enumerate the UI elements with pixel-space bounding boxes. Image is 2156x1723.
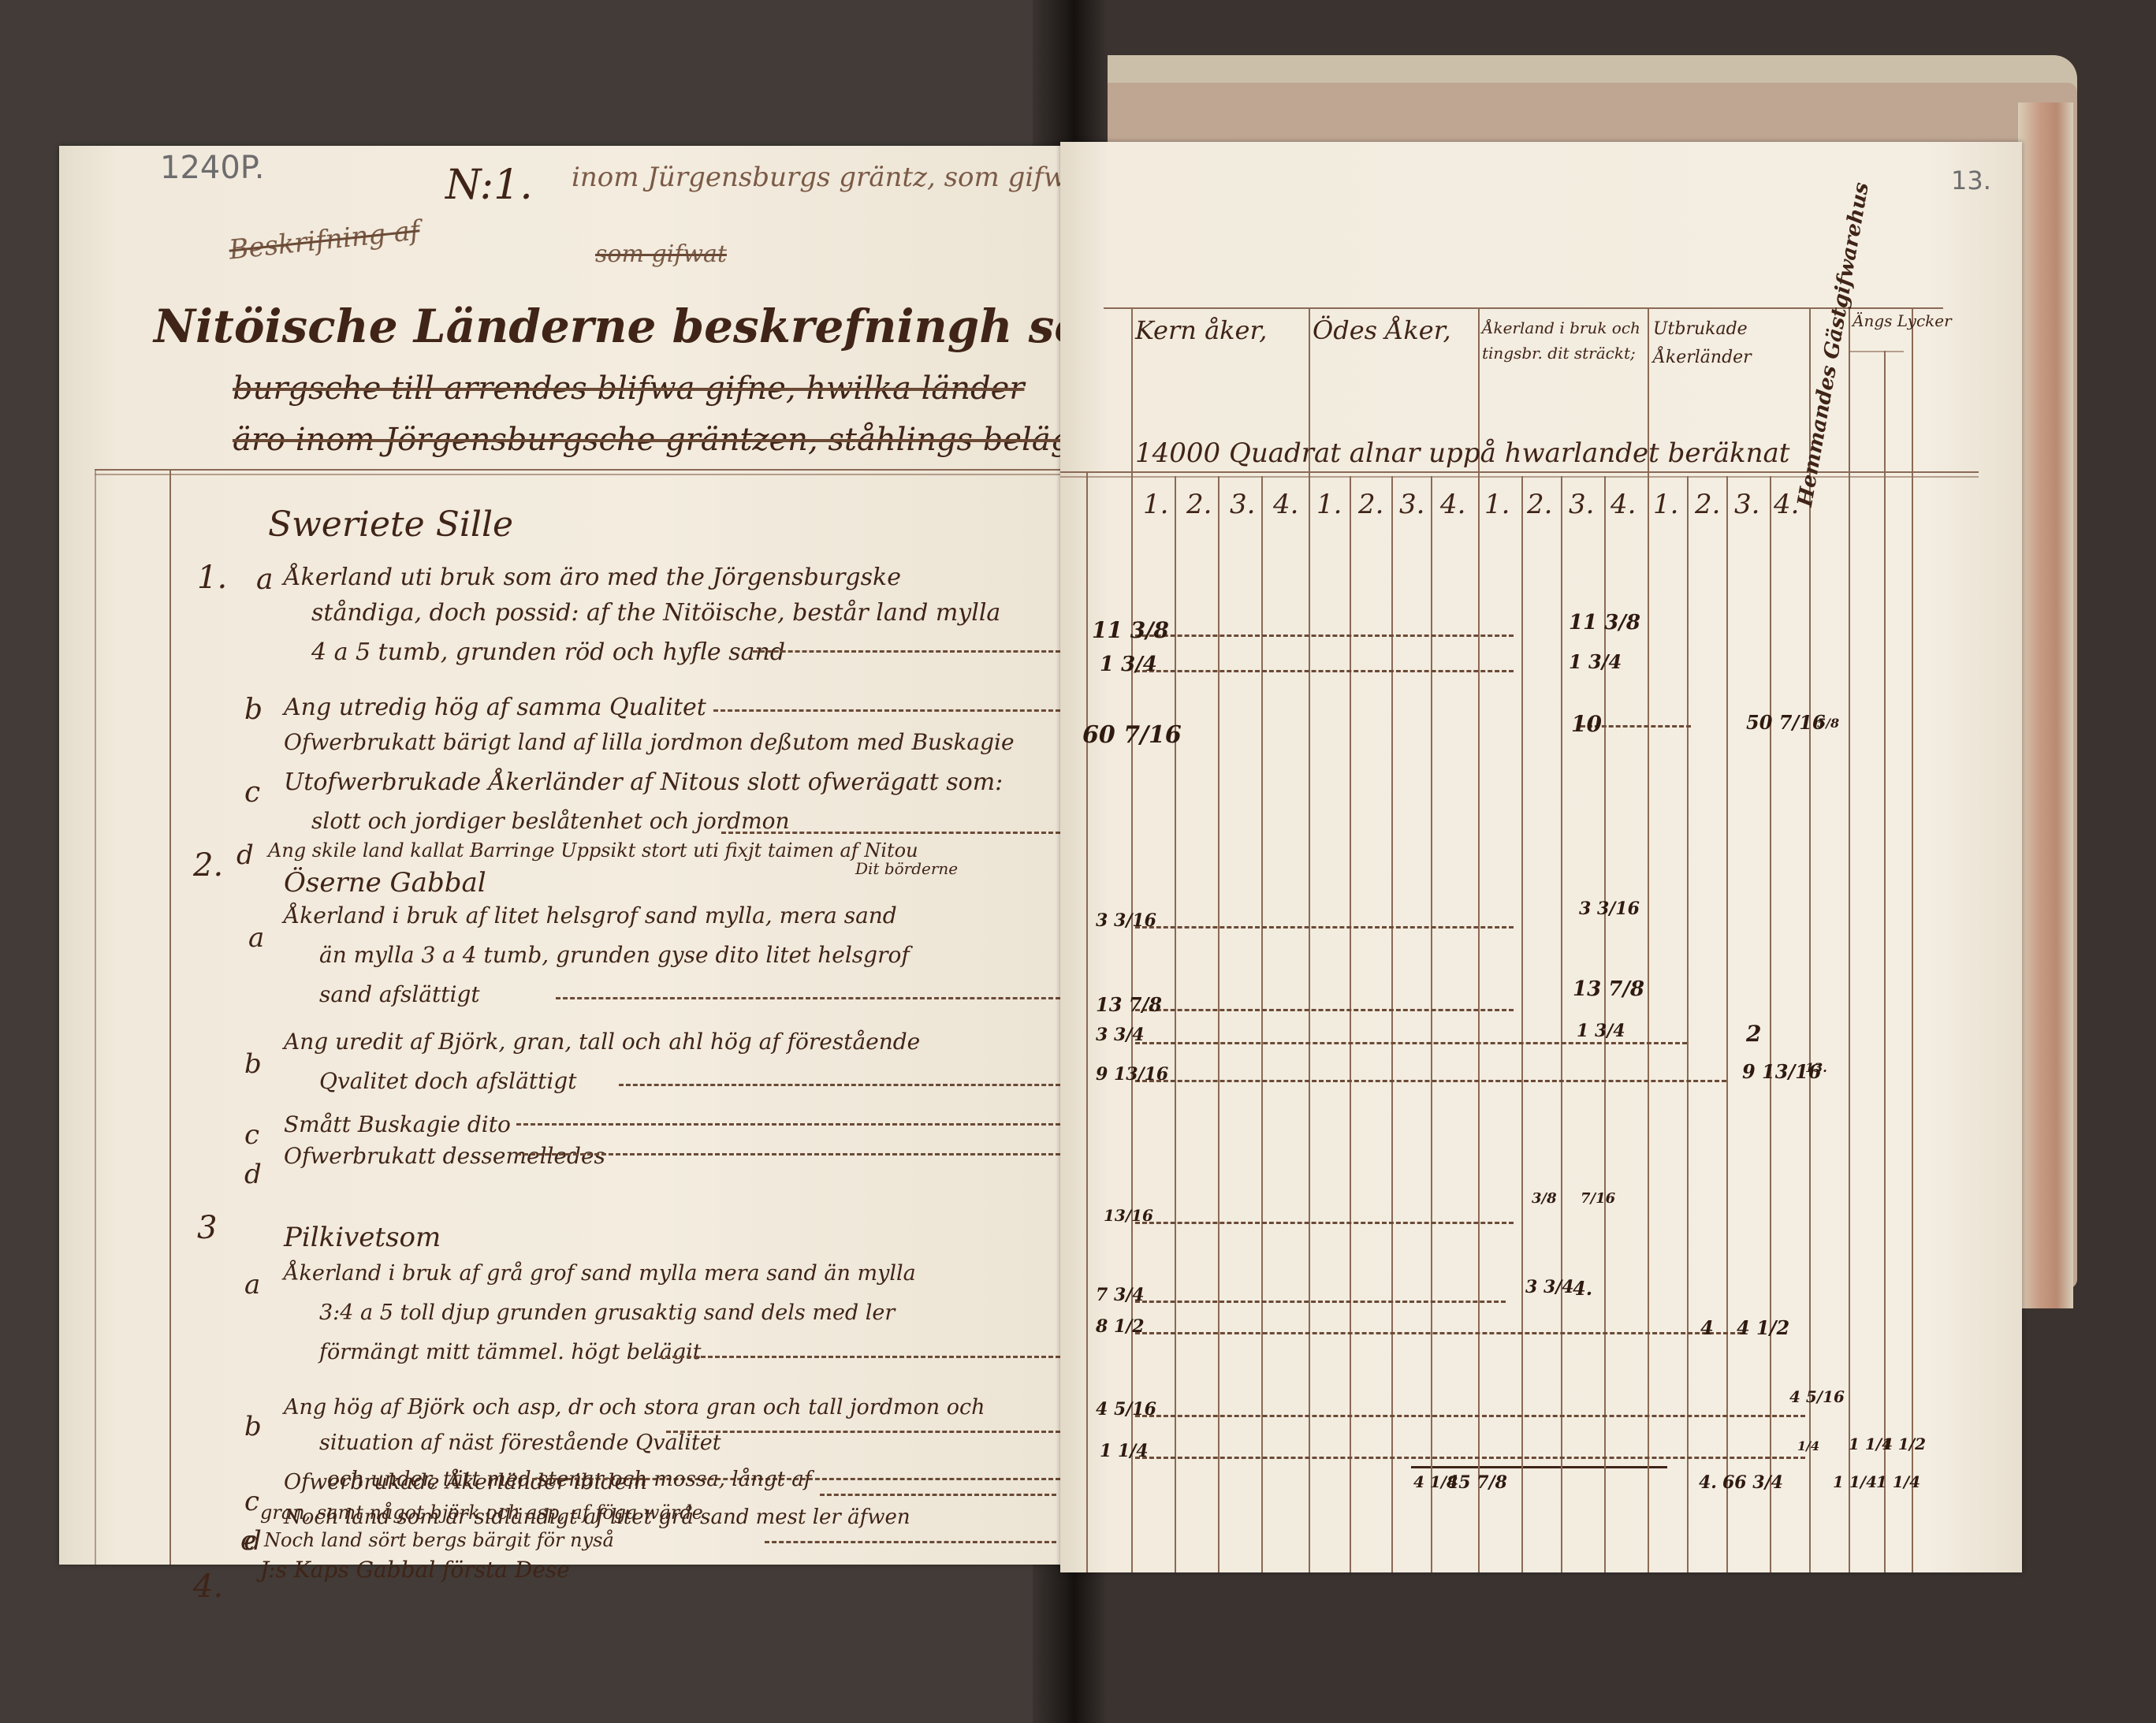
entry-letter: b	[244, 694, 263, 726]
row-leader	[1135, 1042, 1687, 1044]
entry-letter: a	[244, 1269, 260, 1301]
column-number: 1.	[1484, 489, 1510, 520]
row-number: 4.	[193, 1569, 223, 1605]
col-rule	[1431, 476, 1432, 1572]
row-total: 11 3/8	[1092, 617, 1169, 643]
header-angs-lycker: Ängs Lycker	[1853, 311, 1952, 330]
row-total: 60 7/16	[1082, 721, 1182, 749]
entry-letter: d	[236, 839, 254, 871]
row-leader	[1135, 1222, 1514, 1224]
cell-value: 1 3/4	[1569, 650, 1622, 673]
column-number: 4.	[1273, 489, 1298, 520]
leader-dots	[556, 997, 1060, 999]
entry-line: Ang hög af Björk och asp, dr och stora g…	[284, 1395, 985, 1420]
subheader-quadrat: 14000 Quadrat alnar uppå hwarlandet berä…	[1135, 437, 1789, 469]
leader-dots	[820, 1494, 1056, 1496]
column-number: 2.	[1358, 489, 1383, 520]
col-rule	[1648, 307, 1649, 1572]
col-rule	[1521, 476, 1523, 1572]
col-rule	[1261, 476, 1263, 1572]
row-leader	[1135, 670, 1514, 672]
col-rule	[1849, 307, 1850, 1572]
row-leader	[1135, 1301, 1506, 1303]
subheader-rule	[1060, 471, 1979, 473]
header-utbrukade: Utbrukade Åkerländer	[1653, 315, 1807, 372]
leader-dots	[619, 1084, 1060, 1086]
leader-dots	[666, 1431, 1060, 1433]
cell-value: 3 3/4	[1525, 1277, 1574, 1297]
row-leader	[1135, 1080, 1726, 1082]
entry-line: Dit börderne	[855, 859, 958, 878]
entry-letter: a	[248, 922, 264, 954]
entry-line: Ofwerbrukatt dessemelledes	[284, 1143, 605, 1169]
cell-value: 7/16	[1581, 1190, 1615, 1207]
col-rule	[1884, 351, 1886, 1572]
total-value: 1 1/4	[1876, 1472, 1920, 1491]
table-top-rule	[1104, 307, 1943, 309]
row-total: 3 3/16	[1096, 910, 1156, 931]
entry-line: 4 a 5 tumb, grunden röd och hyfle sand	[311, 638, 785, 666]
entry-line: Åkerland uti bruk som äro med the Jörgen…	[284, 564, 901, 591]
col-rule	[1770, 476, 1771, 1572]
entry-line: situation af näst förestående Qvalitet	[319, 1431, 721, 1455]
column-number: 3.	[1399, 489, 1424, 520]
column-number: 2.	[1527, 489, 1552, 520]
total-value: 1 1/4	[1833, 1472, 1877, 1491]
cell-value: 11 3/8	[1569, 611, 1640, 634]
cell-value: 2	[1746, 1021, 1761, 1047]
entry-line: Smått Buskagie dito	[284, 1111, 511, 1137]
entry-line: sand afslättigt	[319, 981, 480, 1007]
repair-tape-edge	[2018, 102, 2073, 1308]
column-number: 3.	[1569, 489, 1594, 520]
column-number: 4.	[1610, 489, 1636, 520]
entry-letter: a	[256, 564, 273, 596]
column-number: 1.	[1143, 489, 1168, 520]
left-page: 1240P. N:1. inom Jürgensburgs gräntz, so…	[59, 146, 1060, 1565]
total-value: 45 7/8	[1447, 1472, 1507, 1493]
entry-letter: e	[240, 1525, 256, 1557]
entry-line: Ang skile land kallat Barringe Uppsikt s…	[268, 839, 918, 861]
col-rule	[1478, 307, 1480, 1572]
cell-value: 4 1/2	[1737, 1316, 1789, 1339]
row-total: 8 1/2	[1096, 1316, 1145, 1337]
header-kern-aker: Kern åker,	[1135, 315, 1267, 345]
entry-line: Utofwerbrukade Åkerländer af Nitous slot…	[284, 768, 1003, 796]
entry-line: Ofwerbrukatt bärigt land af lilla jordmo…	[284, 729, 1015, 755]
column-number: 1.	[1316, 489, 1342, 520]
entry-line: gran, samt något björk och asp, af föga …	[260, 1502, 703, 1524]
entry-line: och under, tätt med stenar och mossa, lå…	[327, 1468, 811, 1491]
right-page: 13. Kern åker, Ödes Åker, Åkerland i bru…	[1060, 142, 2022, 1572]
cell-value: 4.	[1573, 1277, 1592, 1300]
section-heading: Öserne Gabbal	[284, 867, 486, 899]
entry-line: än mylla 3 a 4 tumb, grunden gyse dito l…	[319, 942, 910, 968]
leader-dots	[753, 650, 1060, 653]
column-number: 2.	[1695, 489, 1720, 520]
cell-value: 1 1/2	[1882, 1435, 1926, 1453]
col-rule	[1309, 307, 1310, 1572]
entry-line: Ang utredig hög af samma Qualitet	[284, 694, 706, 721]
margin-rule	[169, 469, 171, 1565]
entry-line: slott och jordiger beslåtenhet och jordm…	[311, 808, 790, 834]
row-total: 1 3/4	[1100, 653, 1157, 676]
cell-value: 1 3/4	[1577, 1021, 1625, 1041]
entry-line: förmängt mitt tämmel. högt belägit	[319, 1340, 702, 1364]
title-line-3: äro inom Jörgensburgsche gräntzen, ståhl…	[233, 422, 1119, 458]
leader-dots	[713, 709, 1060, 712]
cell-value: 4 5/16	[1789, 1387, 1845, 1406]
page-number: 13.	[1951, 166, 1991, 195]
cell-value: 1/4	[1797, 1438, 1819, 1453]
row-number: 3	[197, 1210, 217, 1246]
entry-line: Åkerland i bruk af grå grof sand mylla m…	[284, 1261, 916, 1286]
total-value: 4.	[1699, 1472, 1717, 1493]
margin-note: Beskrifning af	[228, 214, 422, 266]
row-leader	[1135, 926, 1514, 928]
header-rule-double	[95, 474, 1060, 475]
section-heading: J:s Kaps Gabbal första Dese	[260, 1557, 570, 1583]
struck-note: som gifwat	[595, 240, 727, 268]
column-number: 3.	[1734, 489, 1759, 520]
entry-letter: c	[244, 1486, 259, 1517]
col-rule	[1218, 476, 1219, 1572]
leader-dots	[658, 1356, 1060, 1358]
insertion-note: inom Jürgensburgs gräntz, som gifwat	[572, 162, 1093, 193]
archive-number: 1240P.	[160, 150, 264, 186]
col-rule	[1086, 471, 1088, 1572]
leader-dots	[516, 1123, 1060, 1126]
col-rule	[1350, 476, 1351, 1572]
row-number: 1.	[197, 560, 227, 596]
col-rule	[1687, 476, 1689, 1572]
heading-number: N:1.	[445, 162, 533, 209]
row-total: 13 7/8	[1096, 993, 1162, 1016]
total-value: 66 3/4	[1722, 1472, 1783, 1493]
section-heading: Pilkivetsom	[284, 1222, 441, 1253]
column-number: 4.	[1440, 489, 1465, 520]
entry-letter: b	[244, 1411, 262, 1442]
row-leader	[1135, 634, 1514, 637]
entry-letter: c	[244, 776, 260, 809]
row-total: 13/16	[1104, 1206, 1153, 1225]
row-leader	[1135, 1009, 1514, 1011]
cell-value: 5/8	[1817, 716, 1839, 731]
cell-value: 10	[1571, 711, 1602, 737]
entry-line: ståndiga, doch possid: af the Nitöische,…	[311, 599, 1000, 627]
leader-dots	[516, 1153, 1060, 1155]
header-rule	[95, 469, 1060, 471]
column-number: 1.	[1653, 489, 1678, 520]
entry-line: Noch land sört bergs bärgit för nyså	[264, 1529, 614, 1551]
col-rule	[1726, 476, 1728, 1572]
column-number: 2.	[1186, 489, 1212, 520]
entry-line: Ang uredit af Björk, gran, tall och ahl …	[284, 1029, 920, 1055]
subheader-rule-double	[1060, 476, 1979, 478]
total-rule	[1411, 1466, 1667, 1468]
entry-line: 3:4 a 5 toll djup grunden grusaktig sand…	[319, 1301, 895, 1325]
row-total: 1 1/4	[1100, 1441, 1149, 1461]
header-odes-aker: Ödes Åker,	[1313, 315, 1451, 345]
col-rule	[1175, 476, 1176, 1572]
column-number: 4.	[1774, 489, 1799, 520]
leader-dots	[721, 832, 1060, 834]
col-rule	[1131, 307, 1133, 1572]
row-total: 7 3/4	[1096, 1285, 1145, 1305]
entry-line: Qvalitet doch afslättigt	[319, 1068, 576, 1094]
col-rule	[1912, 307, 1913, 1572]
cell-value: 50 7/16	[1746, 711, 1826, 734]
col-rule	[1561, 476, 1562, 1572]
row-leader	[1135, 1415, 1805, 1417]
small-rule	[1849, 351, 1904, 352]
cell-value: 13 7/8	[1573, 977, 1644, 1001]
cell-value: 3 3/16	[1579, 899, 1640, 919]
col-rule	[1391, 476, 1393, 1572]
cell-value: 3/8	[1532, 1190, 1557, 1207]
entry-letter: c	[244, 1119, 259, 1151]
row-total: 3 3/4	[1096, 1025, 1145, 1045]
row-number: 2.	[193, 847, 223, 884]
cell-value: 4	[1700, 1316, 1714, 1339]
row-total: 9 13/16	[1096, 1064, 1168, 1085]
cell-value: 13.	[1805, 1060, 1827, 1075]
entry-letter: b	[244, 1048, 262, 1080]
header-akerland-bruk: Åkerland i bruk och tingsbr. dit sträckt…	[1482, 315, 1644, 366]
title-line-2: burgsche till arrendes blifwa gifne, hwi…	[233, 370, 1024, 407]
row-leader	[1135, 1457, 1805, 1459]
margin-rule-outer	[95, 469, 96, 1565]
row-total: 4 5/16	[1096, 1399, 1156, 1420]
row-leader	[1135, 1332, 1742, 1334]
entry-letter: d	[244, 1159, 262, 1190]
leader-dots	[765, 1541, 1056, 1543]
entry-line: Åkerland i bruk af litet helsgrof sand m…	[284, 902, 897, 928]
column-number: 3.	[1230, 489, 1255, 520]
section-heading: Sweriete Sille	[268, 504, 513, 545]
